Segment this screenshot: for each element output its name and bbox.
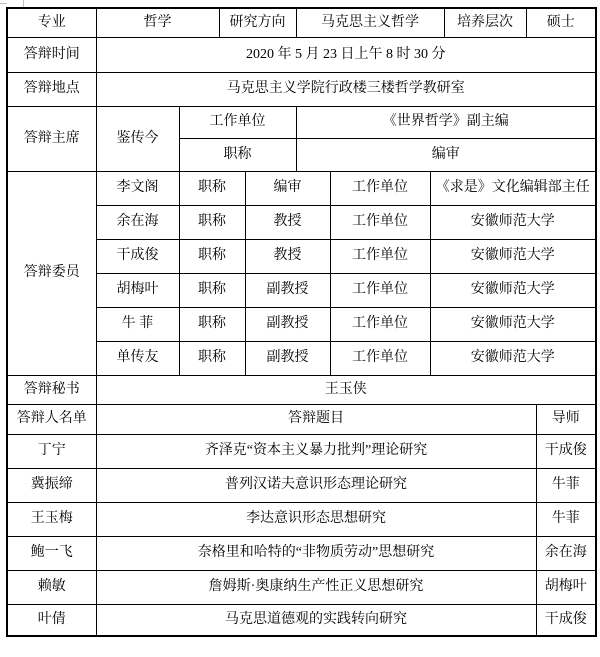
- row-defender: 叶倩 马克思道德观的实践转向研究 干成俊: [7, 605, 596, 637]
- ruler-artifact-horizontal: [0, 3, 7, 4]
- time-value-cell: 2020 年 5 月 23 日上午 8 时 30 分: [96, 38, 596, 73]
- row-committee-member: 单传友 职称 副教授 工作单位 安徽师范大学: [7, 342, 596, 376]
- member-unit-value-cell: 安徽师范大学: [430, 274, 596, 308]
- member-unit-value-cell: 安徽师范大学: [430, 240, 596, 274]
- defender-topic-cell: 奈格里和哈特的“非物质劳动”思想研究: [96, 537, 536, 571]
- place-value-cell: 马克思主义学院行政楼三楼哲学教研室: [96, 73, 596, 107]
- defender-supervisor-cell: 干成俊: [536, 435, 596, 469]
- defender-supervisor-cell: 牛菲: [536, 503, 596, 537]
- place-label-cell: 答辩地点: [7, 73, 96, 107]
- defender-list-label-cell: 答辩人名单: [7, 405, 96, 435]
- row-secretary: 答辩秘书 王玉侠: [7, 376, 596, 405]
- member-name-cell: 干成俊: [96, 240, 179, 274]
- member-title-label-cell: 职称: [179, 172, 245, 206]
- row-time: 答辩时间 2020 年 5 月 23 日上午 8 时 30 分: [7, 38, 596, 73]
- defender-topic-cell: 齐泽克“资本主义暴力批判”理论研究: [96, 435, 536, 469]
- defender-supervisor-cell: 胡梅叶: [536, 571, 596, 605]
- chair-label-cell: 答辩主席: [7, 107, 96, 172]
- secretary-label-cell: 答辩秘书: [7, 376, 96, 405]
- supervisor-header-cell: 导师: [536, 405, 596, 435]
- level-value-cell: 硕士: [526, 8, 596, 38]
- topic-header-cell: 答辩题目: [96, 405, 536, 435]
- defender-topic-cell: 马克思道德观的实践转向研究: [96, 605, 536, 637]
- chair-title-value-cell: 编审: [296, 139, 596, 172]
- committee-label-cell: 答辩委员: [7, 172, 96, 376]
- defender-supervisor-cell: 牛菲: [536, 469, 596, 503]
- member-unit-label-cell: 工作单位: [330, 172, 430, 206]
- member-name-cell: 胡梅叶: [96, 274, 179, 308]
- time-label-cell: 答辩时间: [7, 38, 96, 73]
- member-unit-value-cell: 安徽师范大学: [430, 206, 596, 240]
- row-committee-member: 答辩委员 李文阁 职称 编审 工作单位 《求是》文化编辑部主任: [7, 172, 596, 206]
- member-title-value-cell: 副教授: [245, 342, 330, 376]
- chair-title-label-cell: 职称: [179, 139, 296, 172]
- member-unit-value-cell: 《求是》文化编辑部主任: [430, 172, 596, 206]
- member-title-label-cell: 职称: [179, 206, 245, 240]
- member-unit-value-cell: 安徽师范大学: [430, 308, 596, 342]
- member-title-label-cell: 职称: [179, 342, 245, 376]
- defender-topic-cell: 李达意识形态思想研究: [96, 503, 536, 537]
- row-chair-1: 答辩主席 鉴传今 工作单位 《世界哲学》副主编: [7, 107, 596, 139]
- defender-topic-cell: 詹姆斯·奥康纳生产性正义思想研究: [96, 571, 536, 605]
- row-committee-member: 干成俊 职称 教授 工作单位 安徽师范大学: [7, 240, 596, 274]
- row-defender: 冀振缔 普列汉诺夫意识形态理论研究 牛菲: [7, 469, 596, 503]
- row-place: 答辩地点 马克思主义学院行政楼三楼哲学教研室: [7, 73, 596, 107]
- ruler-artifact-vertical: [23, 0, 24, 7]
- direction-value-cell: 马克思主义哲学: [296, 8, 444, 38]
- row-defender: 丁宁 齐泽克“资本主义暴力批判”理论研究 干成俊: [7, 435, 596, 469]
- defender-name-cell: 王玉梅: [7, 503, 96, 537]
- row-defender: 王玉梅 李达意识形态思想研究 牛菲: [7, 503, 596, 537]
- row-defender-header: 答辩人名单 答辩题目 导师: [7, 405, 596, 435]
- defender-supervisor-cell: 余在海: [536, 537, 596, 571]
- level-label-cell: 培养层次: [444, 8, 526, 38]
- member-title-label-cell: 职称: [179, 240, 245, 274]
- major-label-cell: 专业: [7, 8, 96, 38]
- member-unit-label-cell: 工作单位: [330, 240, 430, 274]
- row-committee-member: 余在海 职称 教授 工作单位 安徽师范大学: [7, 206, 596, 240]
- defense-info-table: 专业 哲学 研究方向 马克思主义哲学 培养层次 硕士 答辩时间 2020 年 5…: [6, 7, 597, 637]
- direction-label-cell: 研究方向: [219, 8, 296, 38]
- defender-topic-cell: 普列汉诺夫意识形态理论研究: [96, 469, 536, 503]
- defender-name-cell: 鲍一飞: [7, 537, 96, 571]
- defender-name-cell: 赖敏: [7, 571, 96, 605]
- document-page: 专业 哲学 研究方向 马克思主义哲学 培养层次 硕士 答辩时间 2020 年 5…: [0, 0, 600, 657]
- row-committee-member: 胡梅叶 职称 副教授 工作单位 安徽师范大学: [7, 274, 596, 308]
- row-major: 专业 哲学 研究方向 马克思主义哲学 培养层次 硕士: [7, 8, 596, 38]
- member-title-value-cell: 副教授: [245, 308, 330, 342]
- member-title-value-cell: 副教授: [245, 274, 330, 308]
- defender-name-cell: 叶倩: [7, 605, 96, 637]
- member-unit-value-cell: 安徽师范大学: [430, 342, 596, 376]
- member-title-value-cell: 编审: [245, 172, 330, 206]
- member-name-cell: 牛 菲: [96, 308, 179, 342]
- member-name-cell: 李文阁: [96, 172, 179, 206]
- major-value-cell: 哲学: [96, 8, 219, 38]
- secretary-value-cell: 王玉侠: [96, 376, 596, 405]
- row-defender: 赖敏 詹姆斯·奥康纳生产性正义思想研究 胡梅叶: [7, 571, 596, 605]
- member-title-label-cell: 职称: [179, 274, 245, 308]
- defender-name-cell: 丁宁: [7, 435, 96, 469]
- member-unit-label-cell: 工作单位: [330, 206, 430, 240]
- member-unit-label-cell: 工作单位: [330, 342, 430, 376]
- member-title-label-cell: 职称: [179, 308, 245, 342]
- row-defender: 鲍一飞 奈格里和哈特的“非物质劳动”思想研究 余在海: [7, 537, 596, 571]
- member-title-value-cell: 教授: [245, 206, 330, 240]
- chair-unit-label-cell: 工作单位: [179, 107, 296, 139]
- member-unit-label-cell: 工作单位: [330, 308, 430, 342]
- defender-name-cell: 冀振缔: [7, 469, 96, 503]
- defender-supervisor-cell: 干成俊: [536, 605, 596, 637]
- chair-name-cell: 鉴传今: [96, 107, 179, 172]
- row-committee-member: 牛 菲 职称 副教授 工作单位 安徽师范大学: [7, 308, 596, 342]
- member-unit-label-cell: 工作单位: [330, 274, 430, 308]
- chair-unit-value-cell: 《世界哲学》副主编: [296, 107, 596, 139]
- member-name-cell: 余在海: [96, 206, 179, 240]
- member-name-cell: 单传友: [96, 342, 179, 376]
- member-title-value-cell: 教授: [245, 240, 330, 274]
